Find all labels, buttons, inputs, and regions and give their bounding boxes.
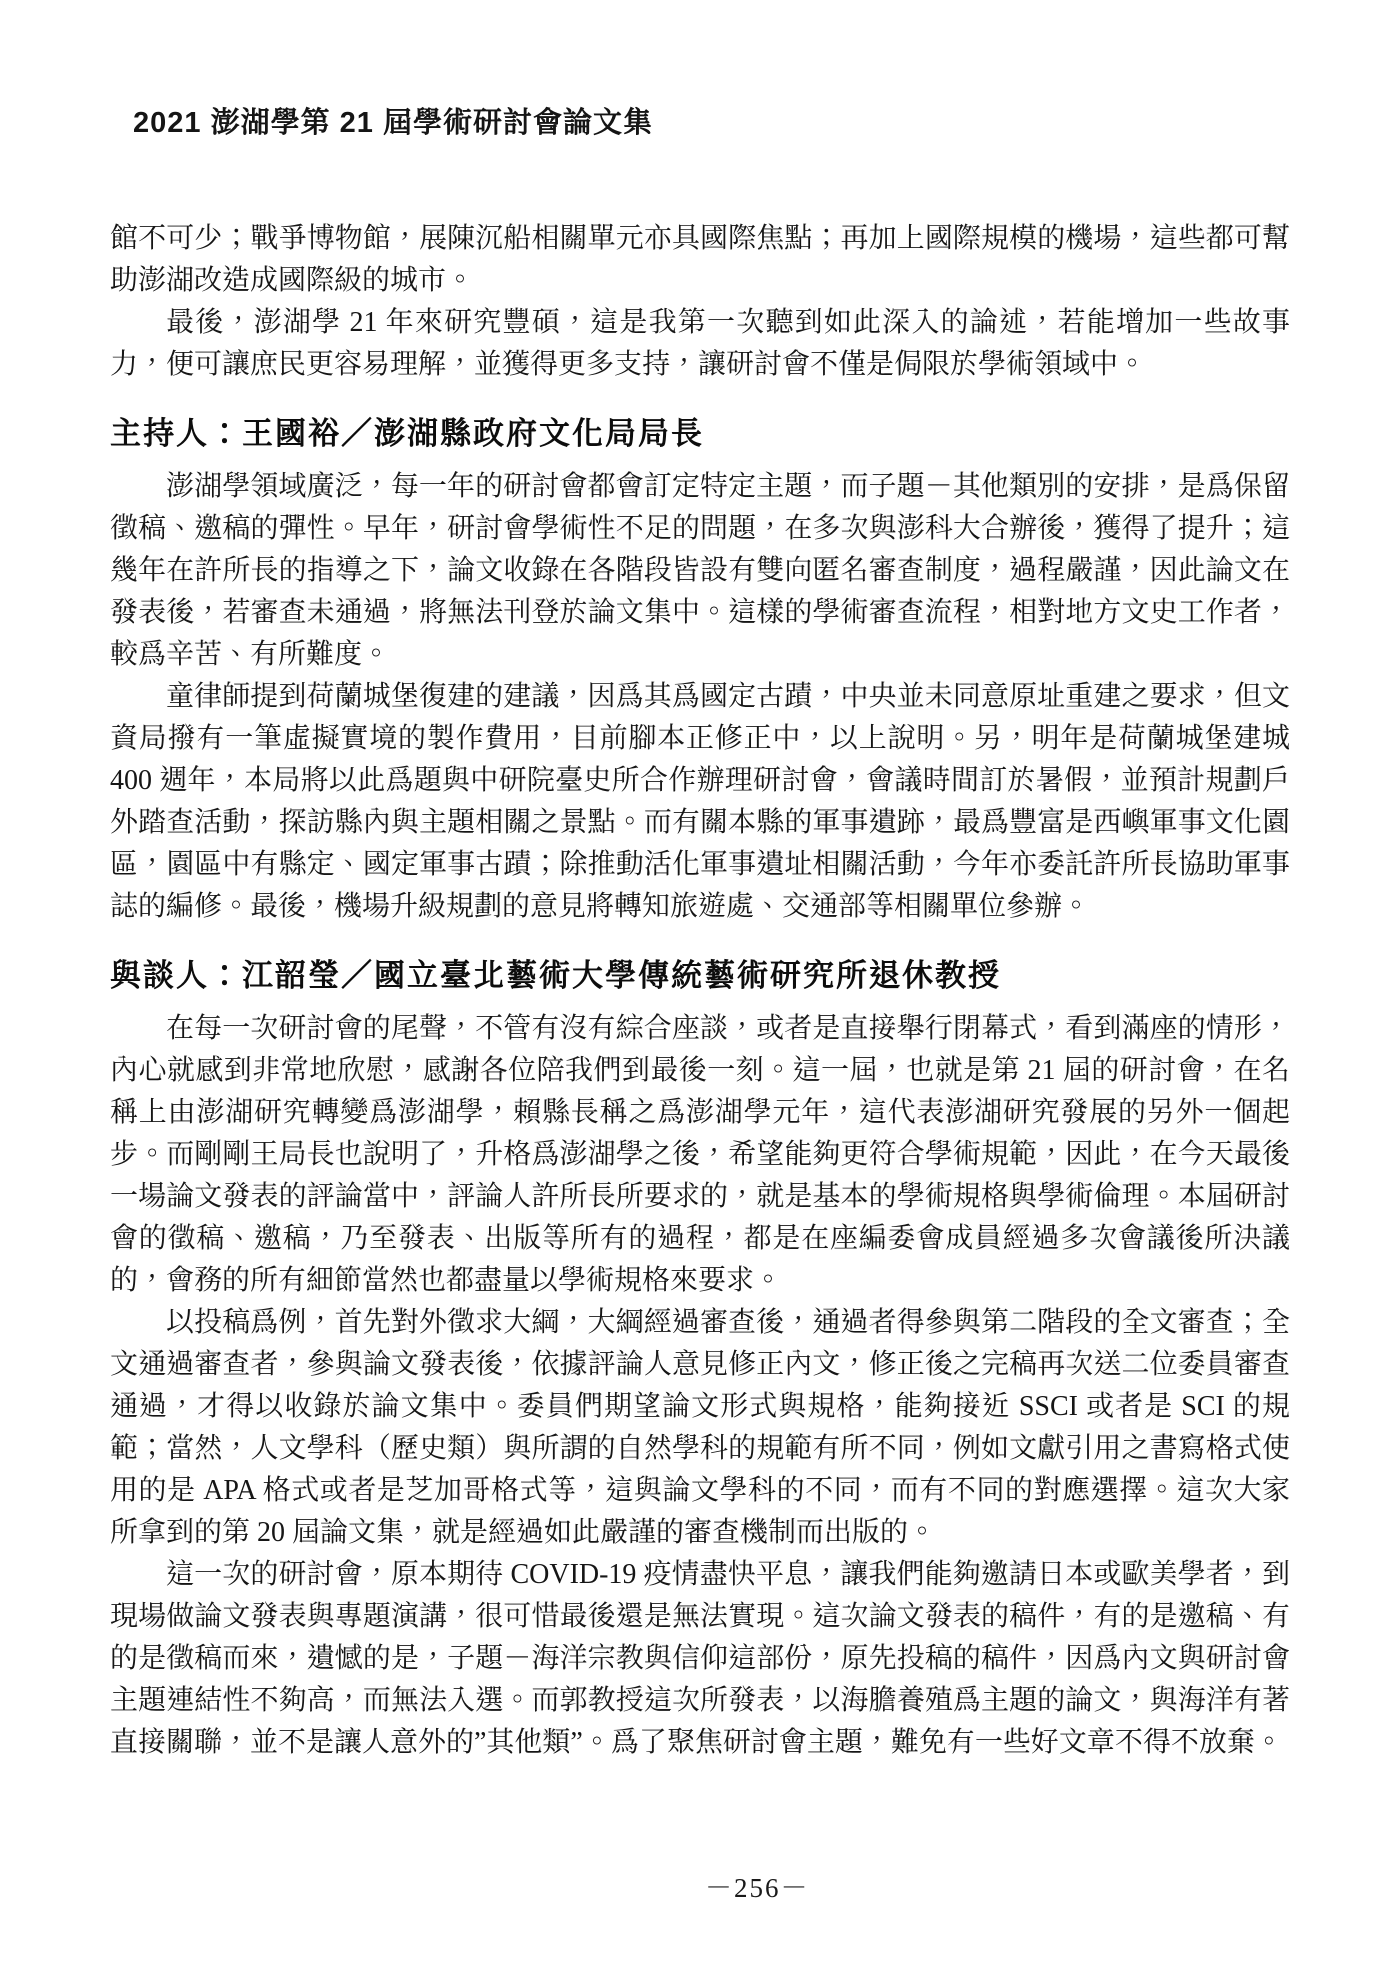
document-page: 2021 澎湖學第 21 屆學術研討會論文集 館不可少；戰爭博物館，展陳沉船相關… bbox=[0, 0, 1400, 1980]
section-heading-moderator: 主持人：王國裕／澎湖縣政府文化局局長 bbox=[110, 414, 1290, 454]
paragraph: 這一次的研討會，原本期待 COVID-19 疫情盡快平息，讓我們能夠邀請日本或歐… bbox=[110, 1554, 1290, 1764]
paragraph: 童律師提到荷蘭城堡復建的建議，因爲其爲國定古蹟，中央並未同意原址重建之要求，但文… bbox=[110, 676, 1290, 928]
paragraph: 澎湖學領域廣泛，每一年的研討會都會訂定特定主題，而子題－其他類別的安排，是爲保留… bbox=[110, 466, 1290, 676]
paragraph: 以投稿爲例，首先對外徵求大綱，大綱經過審查後，通過者得參與第二階段的全文審查；全… bbox=[110, 1302, 1290, 1554]
paragraph-continuation: 館不可少；戰爭博物館，展陳沉船相關單元亦具國際焦點；再加上國際規模的機場，這些都… bbox=[110, 218, 1290, 302]
paragraph: 在每一次研討會的尾聲，不管有沒有綜合座談，或者是直接舉行閉幕式，看到滿座的情形，… bbox=[110, 1008, 1290, 1302]
section-heading-panelist: 與談人：江韶瑩／國立臺北藝術大學傳統藝術研究所退休教授 bbox=[110, 956, 1290, 996]
running-header-title: 2021 澎湖學第 21 屆學術研討會論文集 bbox=[133, 100, 653, 141]
page-body: 館不可少；戰爭博物館，展陳沉船相關單元亦具國際焦點；再加上國際規模的機場，這些都… bbox=[110, 218, 1290, 1764]
paragraph: 最後，澎湖學 21 年來研究豐碩，這是我第一次聽到如此深入的論述，若能增加一些故… bbox=[110, 302, 1290, 386]
page-number: －256－ bbox=[705, 1866, 810, 1905]
